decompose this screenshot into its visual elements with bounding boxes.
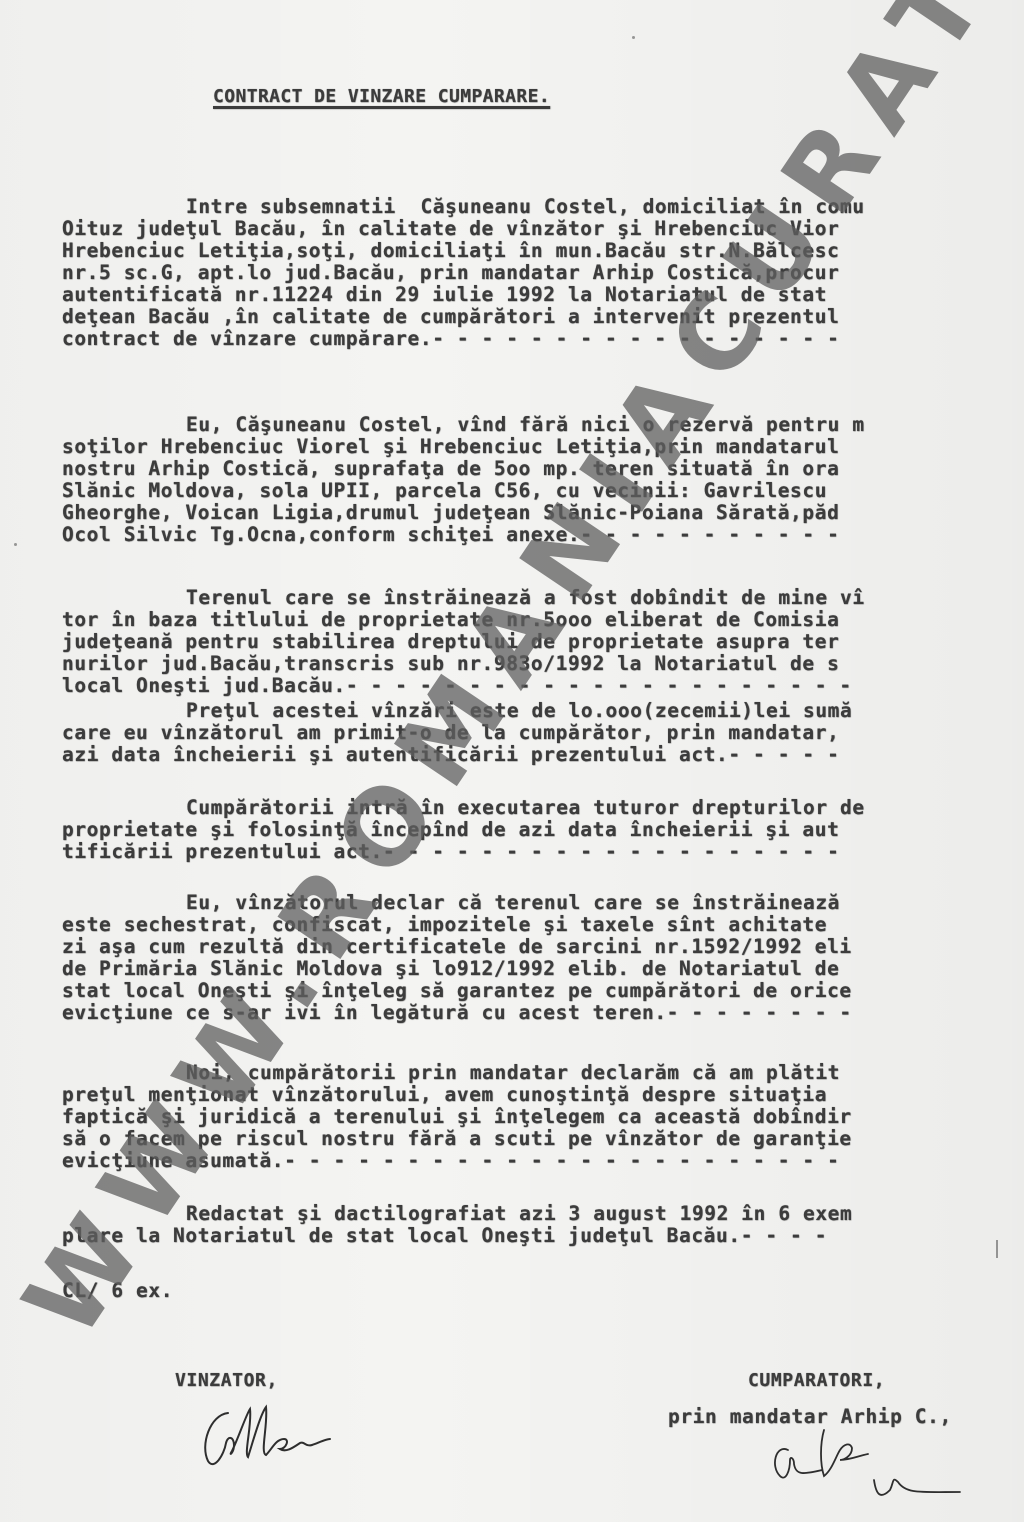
paragraph-line: stat local Oneşti şi înţeleg să garantez…	[62, 980, 1024, 1002]
paragraph-line: tor în baza titlului de proprietate nr.5…	[62, 609, 1024, 631]
paragraph-line: nurilor jud.Bacău,transcris sub nr.983o/…	[62, 653, 1024, 675]
paragraph-line: de Primăria Slănic Moldova şi lo912/1992…	[62, 958, 1024, 980]
paragraph-line: proprietate şi folosinţă începînd de azi…	[62, 819, 1024, 841]
paragraph-line: preţul menţionat vînzătorului, avem cuno…	[62, 1084, 1024, 1106]
paragraph-line: Terenul care se înstrăinează a fost dobî…	[62, 587, 1024, 609]
seller-signature	[190, 1395, 350, 1475]
paragraph-line: Preţul acestei vînzări este de lo.ooo(ze…	[62, 700, 1024, 722]
paragraph-line: Hrebenciuc Letiţia,soţi, domiciliaţi în …	[62, 240, 1024, 262]
paragraph-line: Eu, Căşuneanu Costel, vînd fără nici o r…	[62, 414, 1024, 436]
paragraph-line: judeţeană pentru stabilirea dreptului de…	[62, 631, 1024, 653]
paragraph-line: Redactat şi dactilografiat azi 3 august …	[62, 1203, 1024, 1225]
paragraph-line: tificării prezentului act.- - - - - - - …	[62, 841, 1024, 863]
paragraph-line: Intre subsemnatii Căşuneanu Costel, domi…	[62, 196, 1024, 218]
paragraph-line: autentificată nr.11224 din 29 iulie 1992…	[62, 284, 1024, 306]
paragraph-line: nr.5 sc.G, apt.lo jud.Bacău, prin mandat…	[62, 262, 1024, 284]
paragraph-line: Ocol Silvic Tg.Ocna,conform schiţei anex…	[62, 524, 1024, 546]
paragraph-line: azi data încheierii şi autentificării pr…	[62, 744, 1024, 766]
scanned-page: CONTRACT DE VINZARE CUMPARARE. Intre sub…	[0, 0, 1024, 1522]
scan-speck	[632, 36, 635, 39]
document-title: CONTRACT DE VINZARE CUMPARARE.	[213, 86, 550, 108]
paragraph-line: contract de vînzare cumpărare.- - - - - …	[62, 328, 1024, 350]
scan-mark	[996, 1240, 998, 1258]
paragraph-line: care eu vînzătorul am primit-o de la cum…	[62, 722, 1024, 744]
paragraph-line: faptică şi juridică a terenului şi înţel…	[62, 1106, 1024, 1128]
paragraph-line: Cumpărătorii intră în executarea tuturor…	[62, 797, 1024, 819]
paragraph-line: plare la Notariatul de stat local Oneşti…	[62, 1225, 1024, 1247]
paragraph-line: evicţiune ce s-ar ivi în legătură cu ace…	[62, 1002, 1024, 1024]
paragraph-drafting-note: Redactat şi dactilografiat azi 3 august …	[62, 1203, 1024, 1247]
scan-speck	[14, 543, 17, 546]
paragraph-line: evicţiune asumată.- - - - - - - - - - - …	[62, 1150, 1024, 1172]
paragraph-line: Gheorghe, Voican Ligia,drumul judeţean S…	[62, 502, 1024, 524]
paragraph-sale-object: Eu, Căşuneanu Costel, vînd fără nici o r…	[62, 414, 1024, 546]
paragraph-price: Preţul acestei vînzări este de lo.ooo(ze…	[62, 700, 1024, 766]
paragraph-line: local Oneşti jud.Bacău.- - - - - - - - -…	[62, 675, 1024, 697]
paragraph-line: soţilor Hrebenciuc Viorel şi Hrebenciuc …	[62, 436, 1024, 458]
paragraph-line: Noi, cumpărătorii prin mandatar declarăm…	[62, 1062, 1024, 1084]
paragraph-line: Eu, vînzătorul declar că terenul care se…	[62, 892, 1024, 914]
buyer-label: CUMPARATORI,	[748, 1370, 885, 1392]
paragraph-buyer-declaration: Noi, cumpărătorii prin mandatar declarăm…	[62, 1062, 1024, 1172]
paragraph-line: zi aşa cum rezultă din certificatele de …	[62, 936, 1024, 958]
paragraph-line: deţean Bacău ,în calitate de cumpărători…	[62, 306, 1024, 328]
paragraph-title-origin: Terenul care se înstrăinează a fost dobî…	[62, 587, 1024, 697]
paragraph-possession: Cumpărătorii intră în executarea tuturor…	[62, 797, 1024, 863]
paragraph-parties: Intre subsemnatii Căşuneanu Costel, domi…	[62, 196, 1024, 350]
paragraph-line: Slănic Moldova, sola UPII, parcela C56, …	[62, 480, 1024, 502]
paragraph-line: să o facem pe riscul nostru fără a scuti…	[62, 1128, 1024, 1150]
paragraph-seller-declaration: Eu, vînzătorul declar că terenul care se…	[62, 892, 1024, 1024]
copies-note: CL/ 6 ex.	[62, 1280, 173, 1302]
seller-label: VINZATOR,	[175, 1370, 278, 1392]
paragraph-line: nostru Arhip Costică, suprafaţa de 5oo m…	[62, 458, 1024, 480]
paragraph-line: este sechestrat, confiscat, impozitele ş…	[62, 914, 1024, 936]
paragraph-line: Oituz judeţul Bacău, în calitate de vînz…	[62, 218, 1024, 240]
buyer-signature	[740, 1420, 1010, 1510]
